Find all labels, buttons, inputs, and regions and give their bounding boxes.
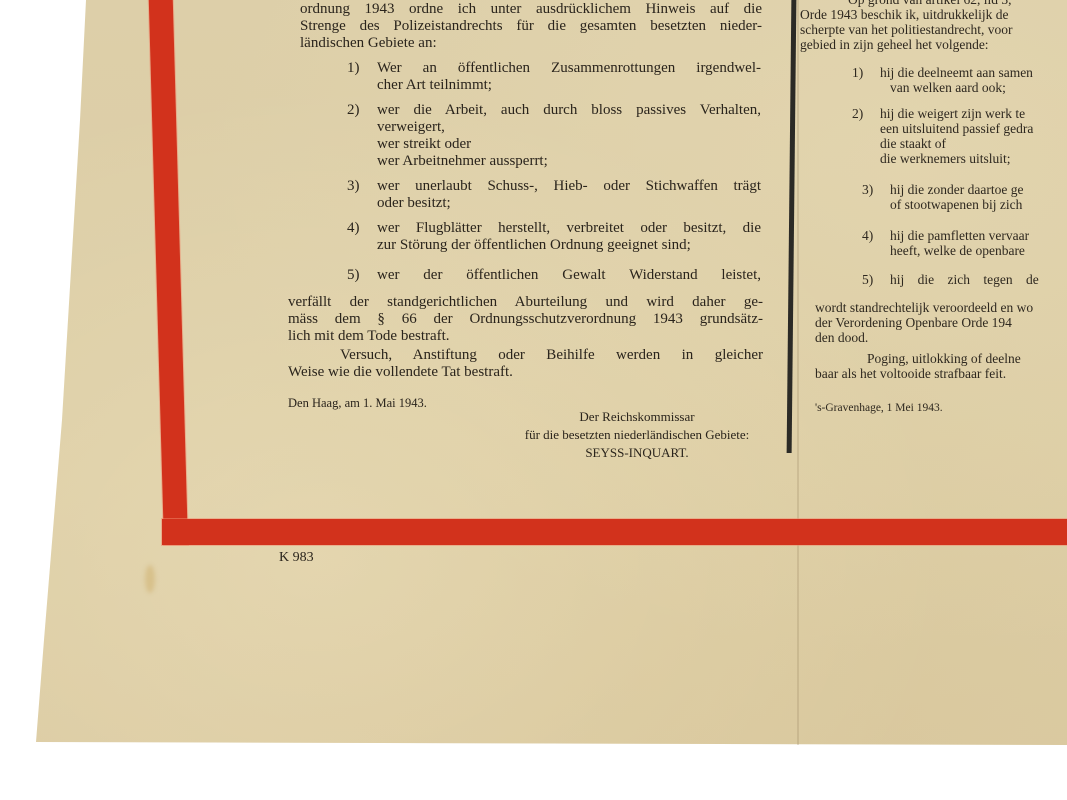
item-number: 2) <box>852 106 863 121</box>
item-line: hij die deelneemt aan samen <box>880 65 1033 80</box>
dutch-date-line: 's-Gravenhage, 1 Mei 1943. <box>815 401 943 416</box>
item-line: cher Art teilnimmt; <box>377 77 761 94</box>
item-number: 4) <box>347 220 360 237</box>
item-number: 5) <box>862 272 873 287</box>
dutch-intro: Op grond van artikel 62, lid 3, Orde 194… <box>800 0 1067 52</box>
dutch-item-5: 5) hij die zich tegen de <box>810 272 1067 288</box>
paper-fold-crease <box>797 0 799 745</box>
item-number: 3) <box>862 182 873 197</box>
item-number: 2) <box>347 102 360 119</box>
signature-name: SEYSS-INQUART. <box>508 444 766 462</box>
german-attempt-clause: Versuch, Anstiftung oder Beihilfe werden… <box>288 347 763 381</box>
dutch-intro-line: gebied in zijn geheel het volgende: <box>800 37 1067 52</box>
item-line: wer der öffentlichen Gewalt Widerstand l… <box>377 267 761 284</box>
german-conclusion: verfällt der standgerichtlichen Aburteil… <box>288 294 763 345</box>
attempt-line: Weise wie die vollendete Tat bestraft. <box>288 364 763 381</box>
attempt-line: Poging, uitlokking of deelne <box>815 351 1067 366</box>
item-line: van welken aard ook; <box>880 80 1033 95</box>
item-line: die werknemers uitsluit; <box>880 151 1033 166</box>
item-number: 4) <box>862 228 873 243</box>
item-line: Wer an öffentlichen Zusammenrottungen ir… <box>377 60 761 77</box>
conclusion-line: lich mit dem Tode bestraft. <box>288 328 763 345</box>
dutch-intro-line: scherpte van het politiestandrecht, voor <box>800 22 1067 37</box>
dutch-item-3: 3) hij die zonder daartoe ge of stootwap… <box>810 182 1067 214</box>
german-intro: ordnung 1943 ordne ich unter ausdrücklic… <box>300 1 762 52</box>
item-line: heeft, welke de openbare <box>890 243 1029 258</box>
german-date-line: Den Haag, am 1. Mai 1943. <box>288 395 427 412</box>
german-intro-line: ländischen Gebiete an: <box>300 35 762 52</box>
item-number: 1) <box>347 60 360 77</box>
conclusion-line: verfällt der standgerichtlichen Aburteil… <box>288 294 763 311</box>
conclusion-line: wordt standrechtelijk veroordeeld en wo <box>815 300 1067 315</box>
german-intro-line: ordnung 1943 ordne ich unter ausdrücklic… <box>300 1 762 18</box>
dutch-item-1: 1) hij die deelneemt aan samen van welke… <box>810 65 1067 97</box>
paper-stain <box>145 565 155 593</box>
conclusion-line: der Verordening Openbare Orde 194 <box>815 315 1067 330</box>
item-line: verweigert, <box>377 119 761 136</box>
item-line: zur Störung der öffentlichen Ordnung gee… <box>377 237 761 254</box>
item-number: 5) <box>347 267 360 284</box>
item-line: hij die zonder daartoe ge <box>890 182 1023 197</box>
dutch-intro-line: Op grond van artikel 62, lid 3, <box>800 0 1067 7</box>
dutch-attempt-clause: Poging, uitlokking of deelne baar als he… <box>815 351 1067 381</box>
german-signature-block: Der Reichskommissar für die besetzten ni… <box>508 408 766 462</box>
attempt-line: baar als het voltooide strafbaar feit. <box>815 366 1067 381</box>
signature-title: Der Reichskommissar <box>508 408 766 426</box>
item-line: hij die pamfletten vervaar <box>890 228 1029 243</box>
item-line: hij die weigert zijn werk te <box>880 106 1033 121</box>
dutch-intro-line: Orde 1943 beschik ik, uitdrukkelijk de <box>800 7 1067 22</box>
item-line: wer Flugblätter herstellt, verbreitet od… <box>377 220 761 237</box>
item-line: een uitsluitend passief gedra <box>880 121 1033 136</box>
item-line: wer streikt oder <box>377 136 761 153</box>
print-code: K 983 <box>279 549 314 566</box>
item-line: of stootwapenen bij zich <box>890 197 1023 212</box>
dutch-item-4: 4) hij die pamfletten vervaar heeft, wel… <box>810 228 1067 260</box>
item-line: wer Arbeitnehmer aussperrt; <box>377 153 761 170</box>
item-line: die staakt of <box>880 136 1033 151</box>
item-number: 3) <box>347 178 360 195</box>
conclusion-line: den dood. <box>815 330 1067 345</box>
attempt-line: Versuch, Anstiftung oder Beihilfe werden… <box>288 347 763 364</box>
german-intro-line: Strenge des Polizeistandrechts für die g… <box>300 18 762 35</box>
item-line: wer die Arbeit, auch durch bloss passive… <box>377 102 761 119</box>
red-frame-bottom <box>162 519 1067 545</box>
item-line: hij die zich tegen de <box>890 272 1039 287</box>
item-line: oder besitzt; <box>377 195 761 212</box>
dutch-item-2: 2) hij die weigert zijn werk te een uits… <box>810 106 1067 170</box>
item-number: 1) <box>852 65 863 80</box>
dutch-conclusion: wordt standrechtelijk veroordeeld en wo … <box>815 300 1067 345</box>
signature-subtitle: für die besetzten niederländischen Gebie… <box>508 426 766 444</box>
item-line: wer unerlaubt Schuss-, Hieb- oder Stichw… <box>377 178 761 195</box>
conclusion-line: mäss dem § 66 der Ordnungsschutzverordnu… <box>288 311 763 328</box>
